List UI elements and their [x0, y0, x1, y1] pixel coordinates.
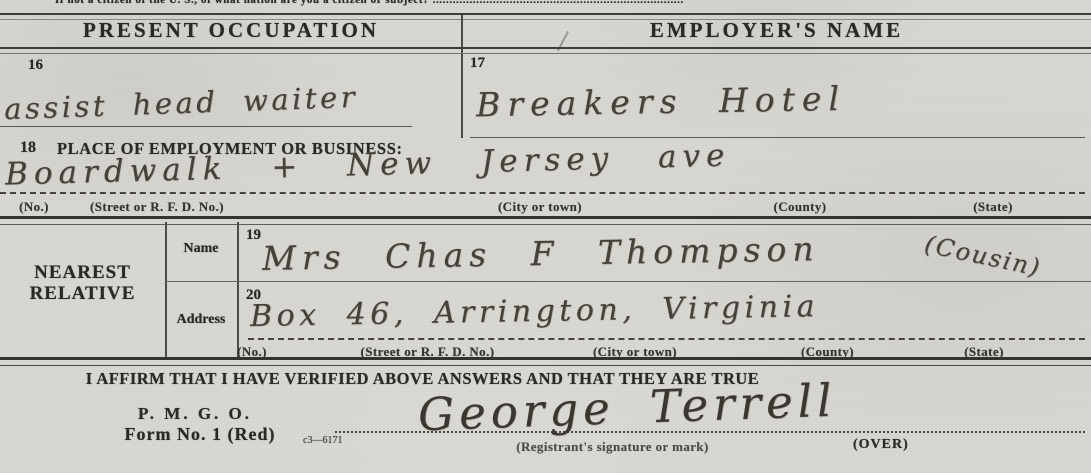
relative-name-handwritten-value: Mrs Chas F Thompson — [262, 229, 820, 278]
employer-baseline — [470, 137, 1085, 138]
column-divider-line — [461, 15, 463, 138]
employer-handwritten-value: Breakers Hotel — [476, 79, 847, 124]
header-underline-rule — [0, 47, 1091, 54]
pmgo-office-label: P. M. G. O. — [95, 404, 295, 424]
address-column-label-city: (City or town) — [470, 199, 610, 215]
nearest-label-line: NEAREST — [0, 262, 165, 283]
form-number-label: Form No. 1 (Red) — [85, 424, 315, 445]
relative-address-dashed-baseline — [248, 338, 1085, 340]
field-16-number: 16 — [28, 57, 43, 74]
relative-address-label: Address — [165, 312, 237, 328]
employment-address-dashed-baseline — [0, 192, 1085, 194]
clipped-question-text: If not a citizen of the U. S., of what n… — [55, 0, 684, 6]
employers-name-header: EMPLOYER'S NAME — [462, 18, 1091, 43]
relative-box-top-rule — [0, 216, 1091, 225]
field-18-number: 18 — [20, 139, 36, 157]
address-column-label-no: (No.) — [12, 199, 56, 215]
field-17-number: 17 — [470, 55, 485, 72]
field-19-number: 19 — [246, 227, 261, 244]
over-label: (OVER) — [853, 437, 909, 453]
address-column-label-county: (County) — [755, 199, 845, 215]
nearest-relative-section-label: NEAREST RELATIVE — [0, 262, 165, 304]
address-column-label-state: (State) — [958, 199, 1028, 215]
occupation-handwritten-value: assist head waiter — [4, 80, 359, 126]
relative-address-handwritten-value: Box 46, Arrington, Virginia — [250, 289, 819, 334]
relative-name-baseline — [165, 281, 1091, 282]
relative-relationship-annotation: (Cousin) — [922, 230, 1044, 282]
address-column-label-street: (Street or R. F. D. No.) — [77, 199, 237, 215]
signature-caption: (Registrant's signature or mark) — [505, 439, 720, 455]
print-code: c3—6171 — [303, 435, 342, 446]
relative-name-label: Name — [165, 241, 237, 257]
relative-label-line: RELATIVE — [0, 283, 165, 304]
relative-box-bottom-rule — [0, 357, 1091, 366]
clipped-question-line: If not a citizen of the U. S., of what n… — [0, 0, 1091, 10]
draft-registration-card-scan: If not a citizen of the U. S., of what n… — [0, 0, 1091, 473]
occupation-baseline — [0, 126, 412, 127]
present-occupation-header: PRESENT OCCUPATION — [0, 18, 462, 43]
relative-box-divider-2 — [237, 222, 239, 358]
